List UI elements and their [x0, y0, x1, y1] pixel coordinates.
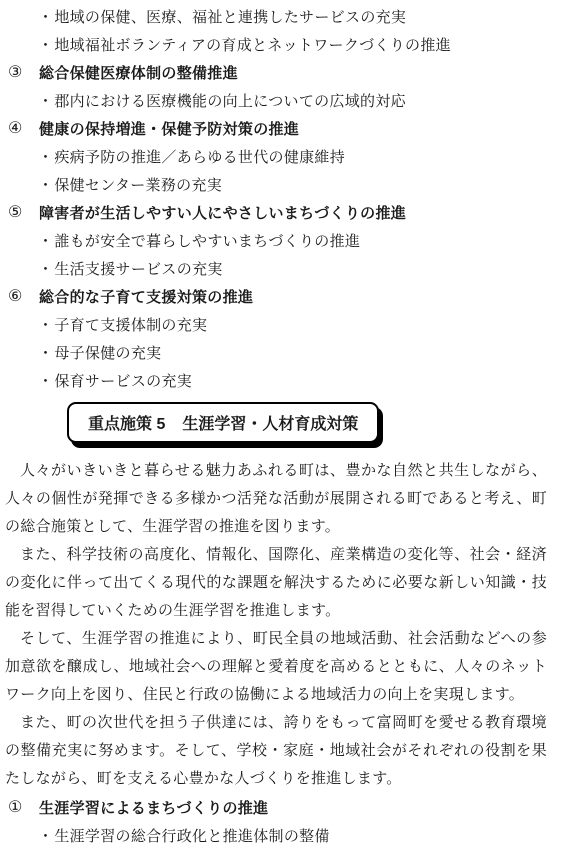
- list-item-text: 子育て支援体制の充実: [54, 314, 207, 335]
- list-item: ① 生涯学習によるまちづくりの推進: [5, 793, 547, 821]
- circled-number: ①: [8, 797, 34, 817]
- bullet-icon: ・: [38, 90, 53, 111]
- list-item-text: 郡内における医療機能の向上についての広域的対応: [54, 90, 406, 111]
- bullet-icon: ・: [38, 174, 53, 195]
- section-heading-label: 重点施策 5: [88, 416, 165, 433]
- list-item: ・ 子育て支援体制の充実: [5, 310, 547, 338]
- paragraph: また、科学技術の高度化、情報化、国際化、産業構造の変化等、社会・経済の変化に伴っ…: [5, 541, 547, 625]
- paragraph: そして、生涯学習の推進により、町民全員の地域活動、社会活動などへの参加意欲を醸成…: [5, 625, 547, 709]
- list-item: ④ 健康の保持増進・保健予防対策の推進: [5, 114, 547, 142]
- circled-number: ⑥: [8, 286, 34, 306]
- list-item: ・ 保育サービスの充実: [5, 366, 547, 394]
- bullet-icon: ・: [38, 258, 53, 279]
- list-item-text: 生涯学習の総合行政化と推進体制の整備: [54, 825, 329, 846]
- list-item: ・ 生涯学習の総合行政化と推進体制の整備: [5, 821, 547, 849]
- section-heading-box: 重点施策 5生涯学習・人材育成対策: [67, 402, 379, 443]
- list-item: ・ 誰もが安全で暮らしやすいまちづくりの推進: [5, 226, 547, 254]
- bullet-icon: ・: [38, 230, 53, 251]
- list-item-text: 誰もが安全で暮らしやすいまちづくりの推進: [54, 230, 360, 251]
- list-item-text: 障害者が生活しやすい人にやさしいまちづくりの推進: [39, 202, 406, 223]
- list-item-text: 保健センター業務の充実: [54, 174, 222, 195]
- bullet-icon: ・: [38, 6, 53, 27]
- bullet-icon: ・: [38, 825, 53, 846]
- policy-list-top: ・ 地域の保健、医療、福祉と連携したサービスの充実 ・ 地域福祉ボランティアの育…: [5, 2, 547, 394]
- list-item-text: 総合的な子育て支援対策の推進: [39, 286, 253, 307]
- section-heading-wrap: 重点施策 5生涯学習・人材育成対策: [67, 402, 547, 450]
- list-item: ・ 郡内における医療機能の向上についての広域的対応: [5, 86, 547, 114]
- section-heading-title: 生涯学習・人材育成対策: [182, 416, 358, 433]
- list-item: ③ 総合保健医療体制の整備推進: [5, 58, 547, 86]
- list-item-text: 生涯学習によるまちづくりの推進: [39, 797, 268, 818]
- list-item: ・ 地域福祉ボランティアの育成とネットワークづくりの推進: [5, 30, 547, 58]
- list-item-text: 地域福祉ボランティアの育成とネットワークづくりの推進: [54, 34, 451, 55]
- circled-number: ⑤: [8, 202, 34, 222]
- list-item-text: 健康の保持増進・保健予防対策の推進: [39, 118, 299, 139]
- bullet-icon: ・: [38, 34, 53, 55]
- bullet-icon: ・: [38, 342, 53, 363]
- paragraph: また、町の次世代を担う子供達には、誇りをもって富岡町を愛せる教育環境の整備充実に…: [5, 709, 547, 793]
- list-item-text: 地域の保健、医療、福祉と連携したサービスの充実: [54, 6, 406, 27]
- list-item: ⑤ 障害者が生活しやすい人にやさしいまちづくりの推進: [5, 198, 547, 226]
- paragraph: 人々がいきいきと暮らせる魅力あふれる町は、豊かな自然と共生しながら、人々の個性が…: [5, 457, 547, 541]
- list-item-text: 疾病予防の推進／あらゆる世代の健康維持: [54, 146, 345, 167]
- circled-number: ③: [8, 62, 34, 82]
- list-item-text: 総合保健医療体制の整備推進: [39, 62, 238, 83]
- document-page: ・ 地域の保健、医療、福祉と連携したサービスの充実 ・ 地域福祉ボランティアの育…: [0, 0, 569, 861]
- list-item: ・ 母子保健の充実: [5, 338, 547, 366]
- closing-list: ① 生涯学習によるまちづくりの推進 ・ 生涯学習の総合行政化と推進体制の整備: [5, 793, 547, 849]
- list-item: ・ 保健センター業務の充実: [5, 170, 547, 198]
- list-item-text: 保育サービスの充実: [54, 370, 192, 391]
- list-item: ・ 地域の保健、医療、福祉と連携したサービスの充実: [5, 2, 547, 30]
- bullet-icon: ・: [38, 370, 53, 391]
- bullet-icon: ・: [38, 314, 53, 335]
- list-item-text: 生活支援サービスの充実: [54, 258, 222, 279]
- list-item: ⑥ 総合的な子育て支援対策の推進: [5, 282, 547, 310]
- list-item-text: 母子保健の充実: [54, 342, 161, 363]
- body-text: 人々がいきいきと暮らせる魅力あふれる町は、豊かな自然と共生しながら、人々の個性が…: [5, 457, 547, 793]
- bullet-icon: ・: [38, 146, 53, 167]
- list-item: ・ 疾病予防の推進／あらゆる世代の健康維持: [5, 142, 547, 170]
- circled-number: ④: [8, 118, 34, 138]
- list-item: ・ 生活支援サービスの充実: [5, 254, 547, 282]
